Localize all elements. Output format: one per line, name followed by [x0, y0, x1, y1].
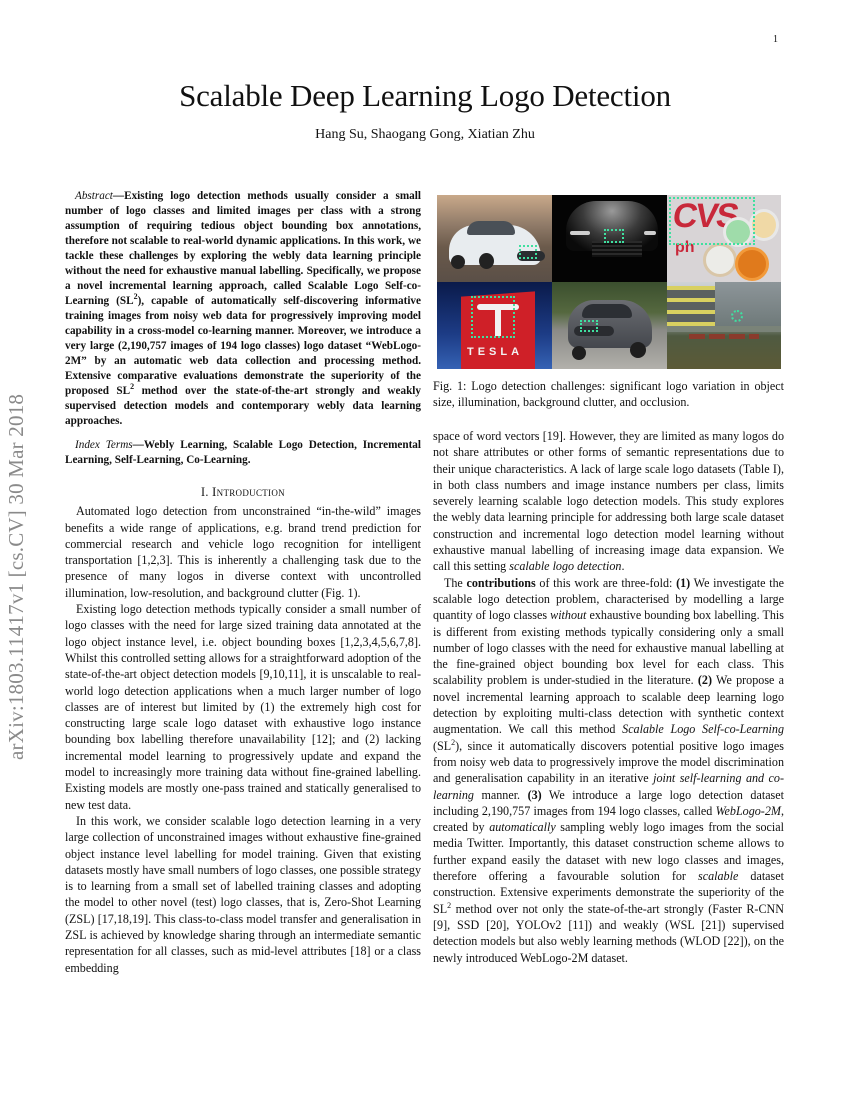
abstract: Abstract—Existing logo detection methods…	[65, 189, 421, 429]
grey-hyundai-car-photo	[552, 282, 667, 369]
cvs-pharmacy-bag-photo: CVS ph	[667, 195, 781, 282]
section-heading-introduction: I. Introduction	[65, 484, 421, 500]
right-paragraph-1: space of word vectors [19]. However, the…	[433, 428, 784, 575]
figure-1-image-grid: CVS ph TESLA	[437, 195, 781, 369]
page-number: 1	[773, 34, 778, 45]
intro-paragraph-1: Automated logo detection from unconstrai…	[65, 503, 421, 601]
index-terms: Index Terms—Webly Learning, Scalable Log…	[65, 438, 421, 468]
logo-bounding-box	[731, 310, 743, 322]
dark-hyundai-car-photo	[552, 195, 667, 282]
index-terms-label: Index Terms	[75, 439, 133, 451]
paper-title: Scalable Deep Learning Logo Detection	[0, 78, 850, 114]
paper-authors: Hang Su, Shaogang Gong, Xiatian Zhu	[0, 127, 850, 143]
intro-paragraph-3: In this work, we consider scalable logo …	[65, 813, 421, 976]
right-column: space of word vectors [19]. However, the…	[433, 428, 784, 966]
logo-bounding-box	[519, 245, 537, 259]
contributions-paragraph: The contributions of this work are three…	[433, 575, 784, 966]
logo-bounding-box	[471, 296, 515, 338]
intro-paragraph-2: Existing logo detection methods typicall…	[65, 601, 421, 813]
building-logo-photo	[667, 282, 781, 369]
figure-1-caption: Fig. 1: Logo detection challenges: signi…	[433, 378, 784, 411]
left-column: Abstract—Existing logo detection methods…	[65, 189, 421, 976]
logo-bounding-box	[580, 320, 598, 332]
white-tesla-car-photo	[437, 195, 552, 282]
logo-bounding-box	[669, 197, 755, 245]
arxiv-stamp: arXiv:1803.11417v1 [cs.CV] 30 Mar 2018	[4, 394, 29, 760]
abstract-label: Abstract	[75, 190, 113, 202]
tesla-sign-photo: TESLA	[437, 282, 552, 369]
logo-bounding-box	[604, 229, 624, 243]
